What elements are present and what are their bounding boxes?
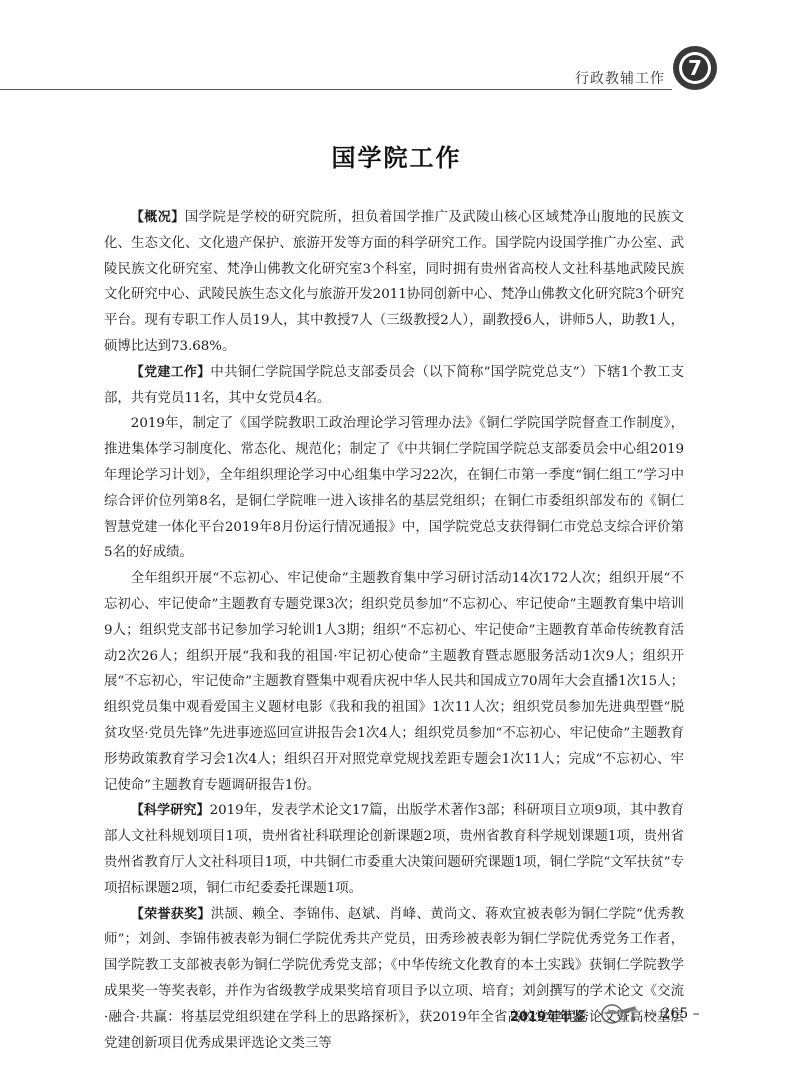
paragraph-honors: 【荣誉获奖】洪颉、赖全、李锦伟、赵斌、肖峰、黄尚文、蒋欢宜被表彰为铜仁学院“优秀… bbox=[104, 902, 684, 1057]
paragraph-party-building: 【党建工作】中共铜仁学院国学院总支部委员会（以下简称“国学院党总支”）下辖1个教… bbox=[104, 360, 684, 412]
page-footer: 2019年年鉴 – 265 – bbox=[510, 1006, 740, 1030]
page-number: – 265 – bbox=[650, 1006, 700, 1022]
article-body: 【概况】国学院是学校的研究院所，担负着国学推广及武陵山核心区域梵净山腹地的民族文… bbox=[104, 205, 684, 1056]
svg-text:7: 7 bbox=[688, 56, 702, 80]
university-emblem-icon: 7 bbox=[672, 45, 718, 91]
section-label: 【科学研究】 bbox=[131, 803, 210, 818]
yearbook-label: 2019年年鉴 bbox=[510, 1006, 585, 1025]
page-title: 国学院工作 bbox=[0, 138, 793, 173]
page-header: 行政教辅工作 7 bbox=[0, 0, 793, 100]
paragraph-theme-education: 全年组织开展“不忘初心、牢记使命”主题教育集中学习研讨活动14次172人次；组织… bbox=[104, 566, 684, 798]
paragraph-overview: 【概况】国学院是学校的研究院所，担负着国学推广及武陵山核心区域梵净山腹地的民族文… bbox=[104, 205, 684, 360]
paragraph-text: 2019年，制定了《国学院教职工政治理论学习管理办法》《铜仁学院国学院督查工作制… bbox=[104, 416, 684, 560]
header-rule bbox=[0, 89, 672, 90]
paragraph-research: 【科学研究】2019年，发表学术论文17篇，出版学术著作3部；科研项目立项9项，… bbox=[104, 798, 684, 901]
paragraph-text: 全年组织开展“不忘初心、牢记使命”主题教育集中学习研讨活动14次172人次；组织… bbox=[104, 571, 684, 792]
paragraph-text: 国学院是学校的研究院所，担负着国学推广及武陵山核心区域梵净山腹地的民族文化、生态… bbox=[104, 210, 684, 354]
paragraph-party-study: 2019年，制定了《国学院教职工政治理论学习管理办法》《铜仁学院国学院督查工作制… bbox=[104, 411, 684, 566]
mascot-icon bbox=[598, 1002, 640, 1024]
section-title: 行政教辅工作 bbox=[575, 68, 665, 88]
section-label: 【荣誉获奖】 bbox=[131, 907, 211, 922]
section-label: 【概况】 bbox=[131, 210, 185, 225]
section-label: 【党建工作】 bbox=[131, 365, 211, 380]
